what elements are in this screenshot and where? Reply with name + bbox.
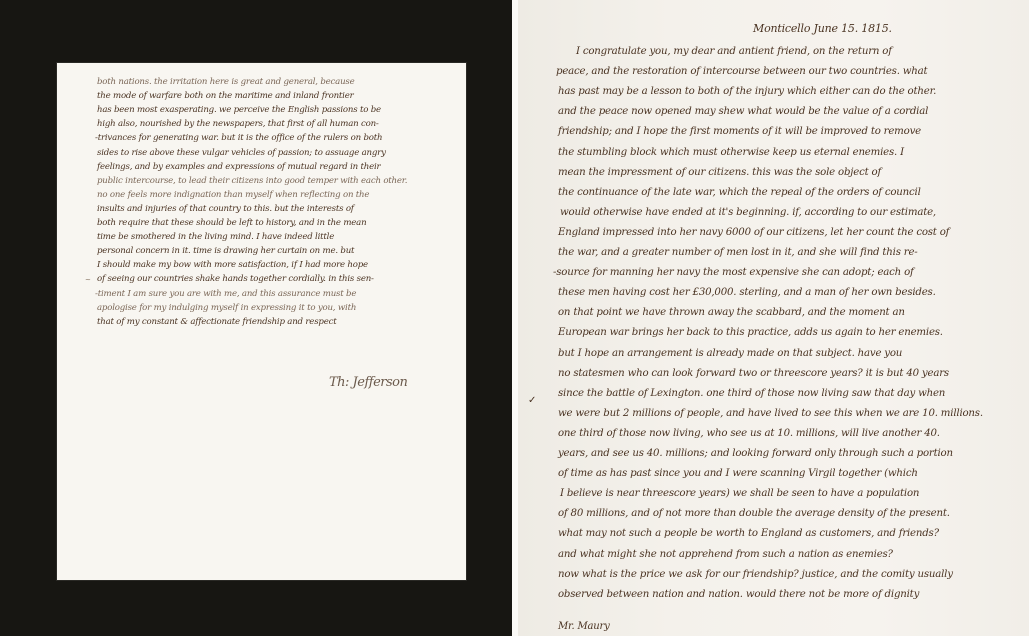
text-line: has past may be a lesson to both of the … — [558, 86, 936, 97]
text-line: -timent I am sure you are with me, and t… — [95, 289, 356, 299]
text-line: years, and see us 40. millions; and look… — [558, 448, 953, 459]
text-line: observed between nation and nation. woul… — [558, 589, 919, 600]
text-line: and the peace now opened may shew what w… — [558, 106, 928, 117]
recipient-line: Mr. Maury — [558, 621, 610, 632]
text-line: no statesmen who can look forward two or… — [558, 368, 949, 379]
text-line: and what might she not apprehend from su… — [558, 549, 893, 560]
text-line: no one feels more indignation than mysel… — [97, 190, 369, 200]
letter-page-2: ~ both nations. the irritation here is g… — [57, 63, 466, 580]
text-line: sides to rise above these vulgar vehicle… — [97, 148, 386, 158]
letter-page-1: Monticello June 15. 1815. ✓ I congratula… — [518, 0, 1029, 636]
check-mark-icon: ✓ — [528, 395, 536, 406]
text-line: of time as has past since you and I were… — [558, 468, 918, 479]
text-line: mean the impressment of our citizens. th… — [558, 167, 881, 178]
text-line: England impressed into her navy 6000 of … — [558, 227, 949, 238]
text-line: these men having cost her £30,000. sterl… — [558, 287, 936, 298]
text-line: both nations. the irritation here is gre… — [97, 77, 355, 87]
text-line: now what is the price we ask for our fri… — [558, 569, 953, 580]
text-line: time be smothered in the living mind. I … — [97, 232, 334, 242]
signature: Th: Jefferson — [329, 375, 407, 390]
text-line: has been most exasperating. we perceive … — [97, 105, 381, 115]
margin-mark: ~ — [85, 276, 91, 284]
text-line: friendship; and I hope the first moments… — [558, 126, 921, 137]
text-line: we were but 2 millions of people, and ha… — [558, 408, 983, 419]
text-line: what may not such a people be worth to E… — [558, 528, 939, 539]
text-line: of seeing our countries shake hands toge… — [97, 274, 374, 284]
left-panel-backdrop: ~ both nations. the irritation here is g… — [0, 0, 512, 636]
text-line: the continuance of the late war, which t… — [558, 187, 921, 198]
text-line: the stumbling block which must otherwise… — [558, 147, 904, 158]
text-line: feelings, and by examples and expression… — [97, 162, 380, 172]
text-line: apologise for my indulging myself in exp… — [97, 303, 356, 313]
text-line: but I hope an arrangement is already mad… — [558, 348, 902, 359]
text-line: since the battle of Lexington. one third… — [558, 388, 945, 399]
text-line: would otherwise have ended at it's begin… — [560, 207, 936, 218]
text-line: both require that these should be left t… — [97, 218, 366, 228]
text-line: personal concern in it. time is drawing … — [97, 246, 354, 256]
text-line: peace, and the restoration of intercours… — [556, 66, 927, 77]
text-line: I should make my bow with more satisfact… — [97, 260, 368, 270]
text-line: on that point we have thrown away the sc… — [558, 307, 905, 318]
text-line: -trivances for generating war. but it is… — [95, 133, 382, 143]
text-line: of 80 millions, and of not more than dou… — [558, 508, 950, 519]
dateline: Monticello June 15. 1815. — [753, 22, 892, 35]
text-line: that of my constant & affectionate frien… — [97, 317, 336, 327]
text-line: -source for manning her navy the most ex… — [553, 267, 914, 278]
text-line: public intercourse, to lead their citize… — [97, 176, 407, 186]
text-line: high also, nourished by the newspapers, … — [97, 119, 379, 129]
text-line: I believe is near threescore years) we s… — [560, 488, 919, 499]
text-line: insults and injuries of that country to … — [97, 204, 354, 214]
text-line: I congratulate you, my dear and antient … — [576, 46, 892, 57]
text-line: one third of those now living, who see u… — [558, 428, 940, 439]
text-line: the mode of warfare both on the maritime… — [97, 91, 354, 101]
text-line: European war brings her back to this pra… — [558, 327, 943, 338]
text-line: the war, and a greater number of men los… — [558, 247, 918, 258]
